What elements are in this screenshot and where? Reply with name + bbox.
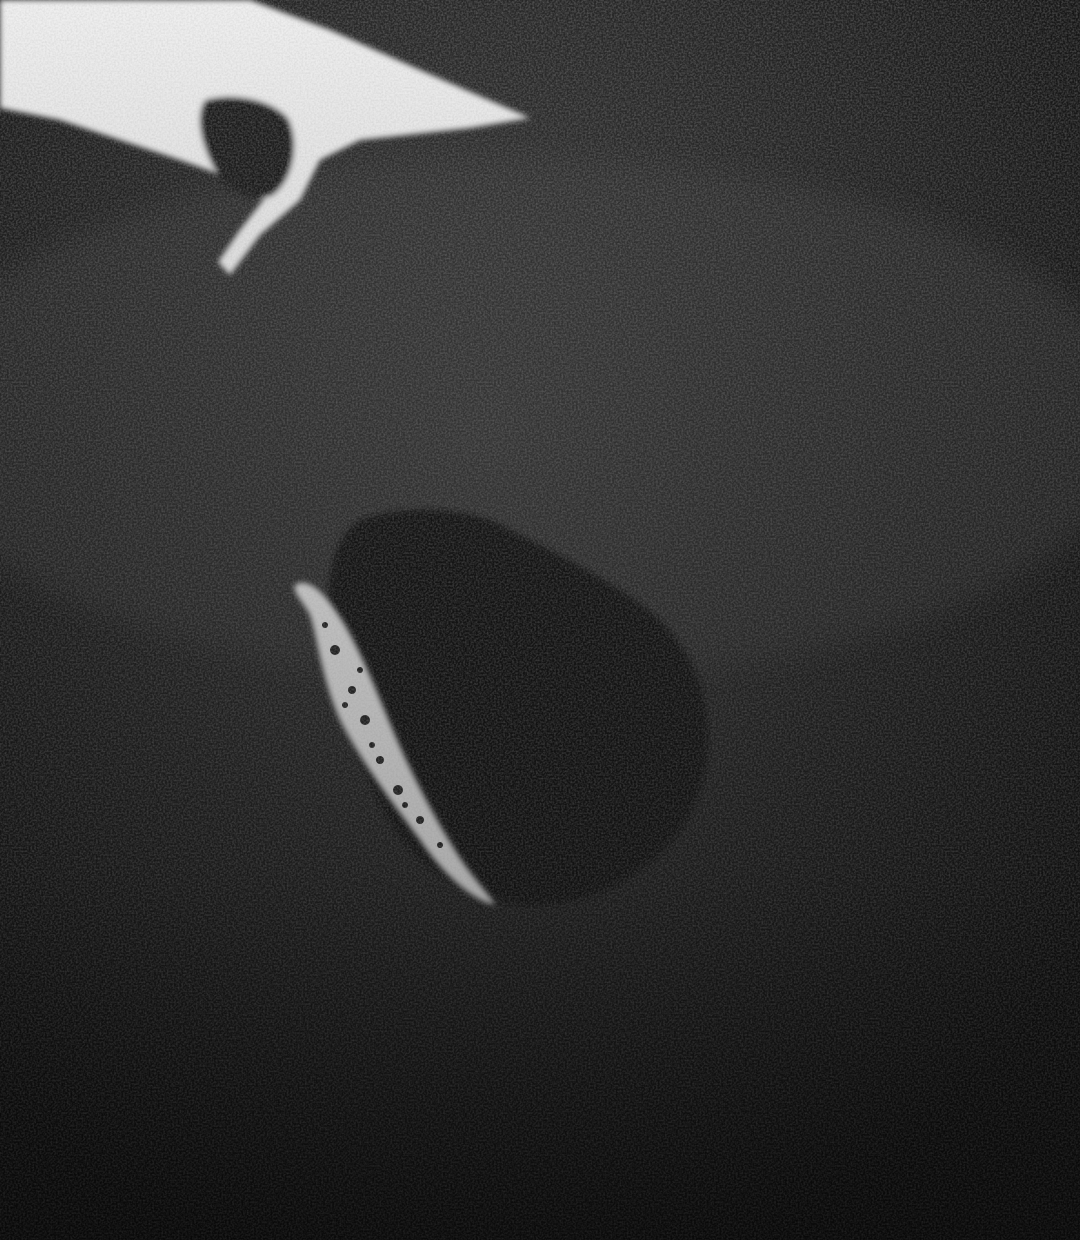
photo-canvas (0, 0, 1080, 1240)
photo-frame: Heavily noised, compressed grayscale pho… (0, 0, 1080, 1240)
bottom-vignette (0, 0, 1080, 1240)
